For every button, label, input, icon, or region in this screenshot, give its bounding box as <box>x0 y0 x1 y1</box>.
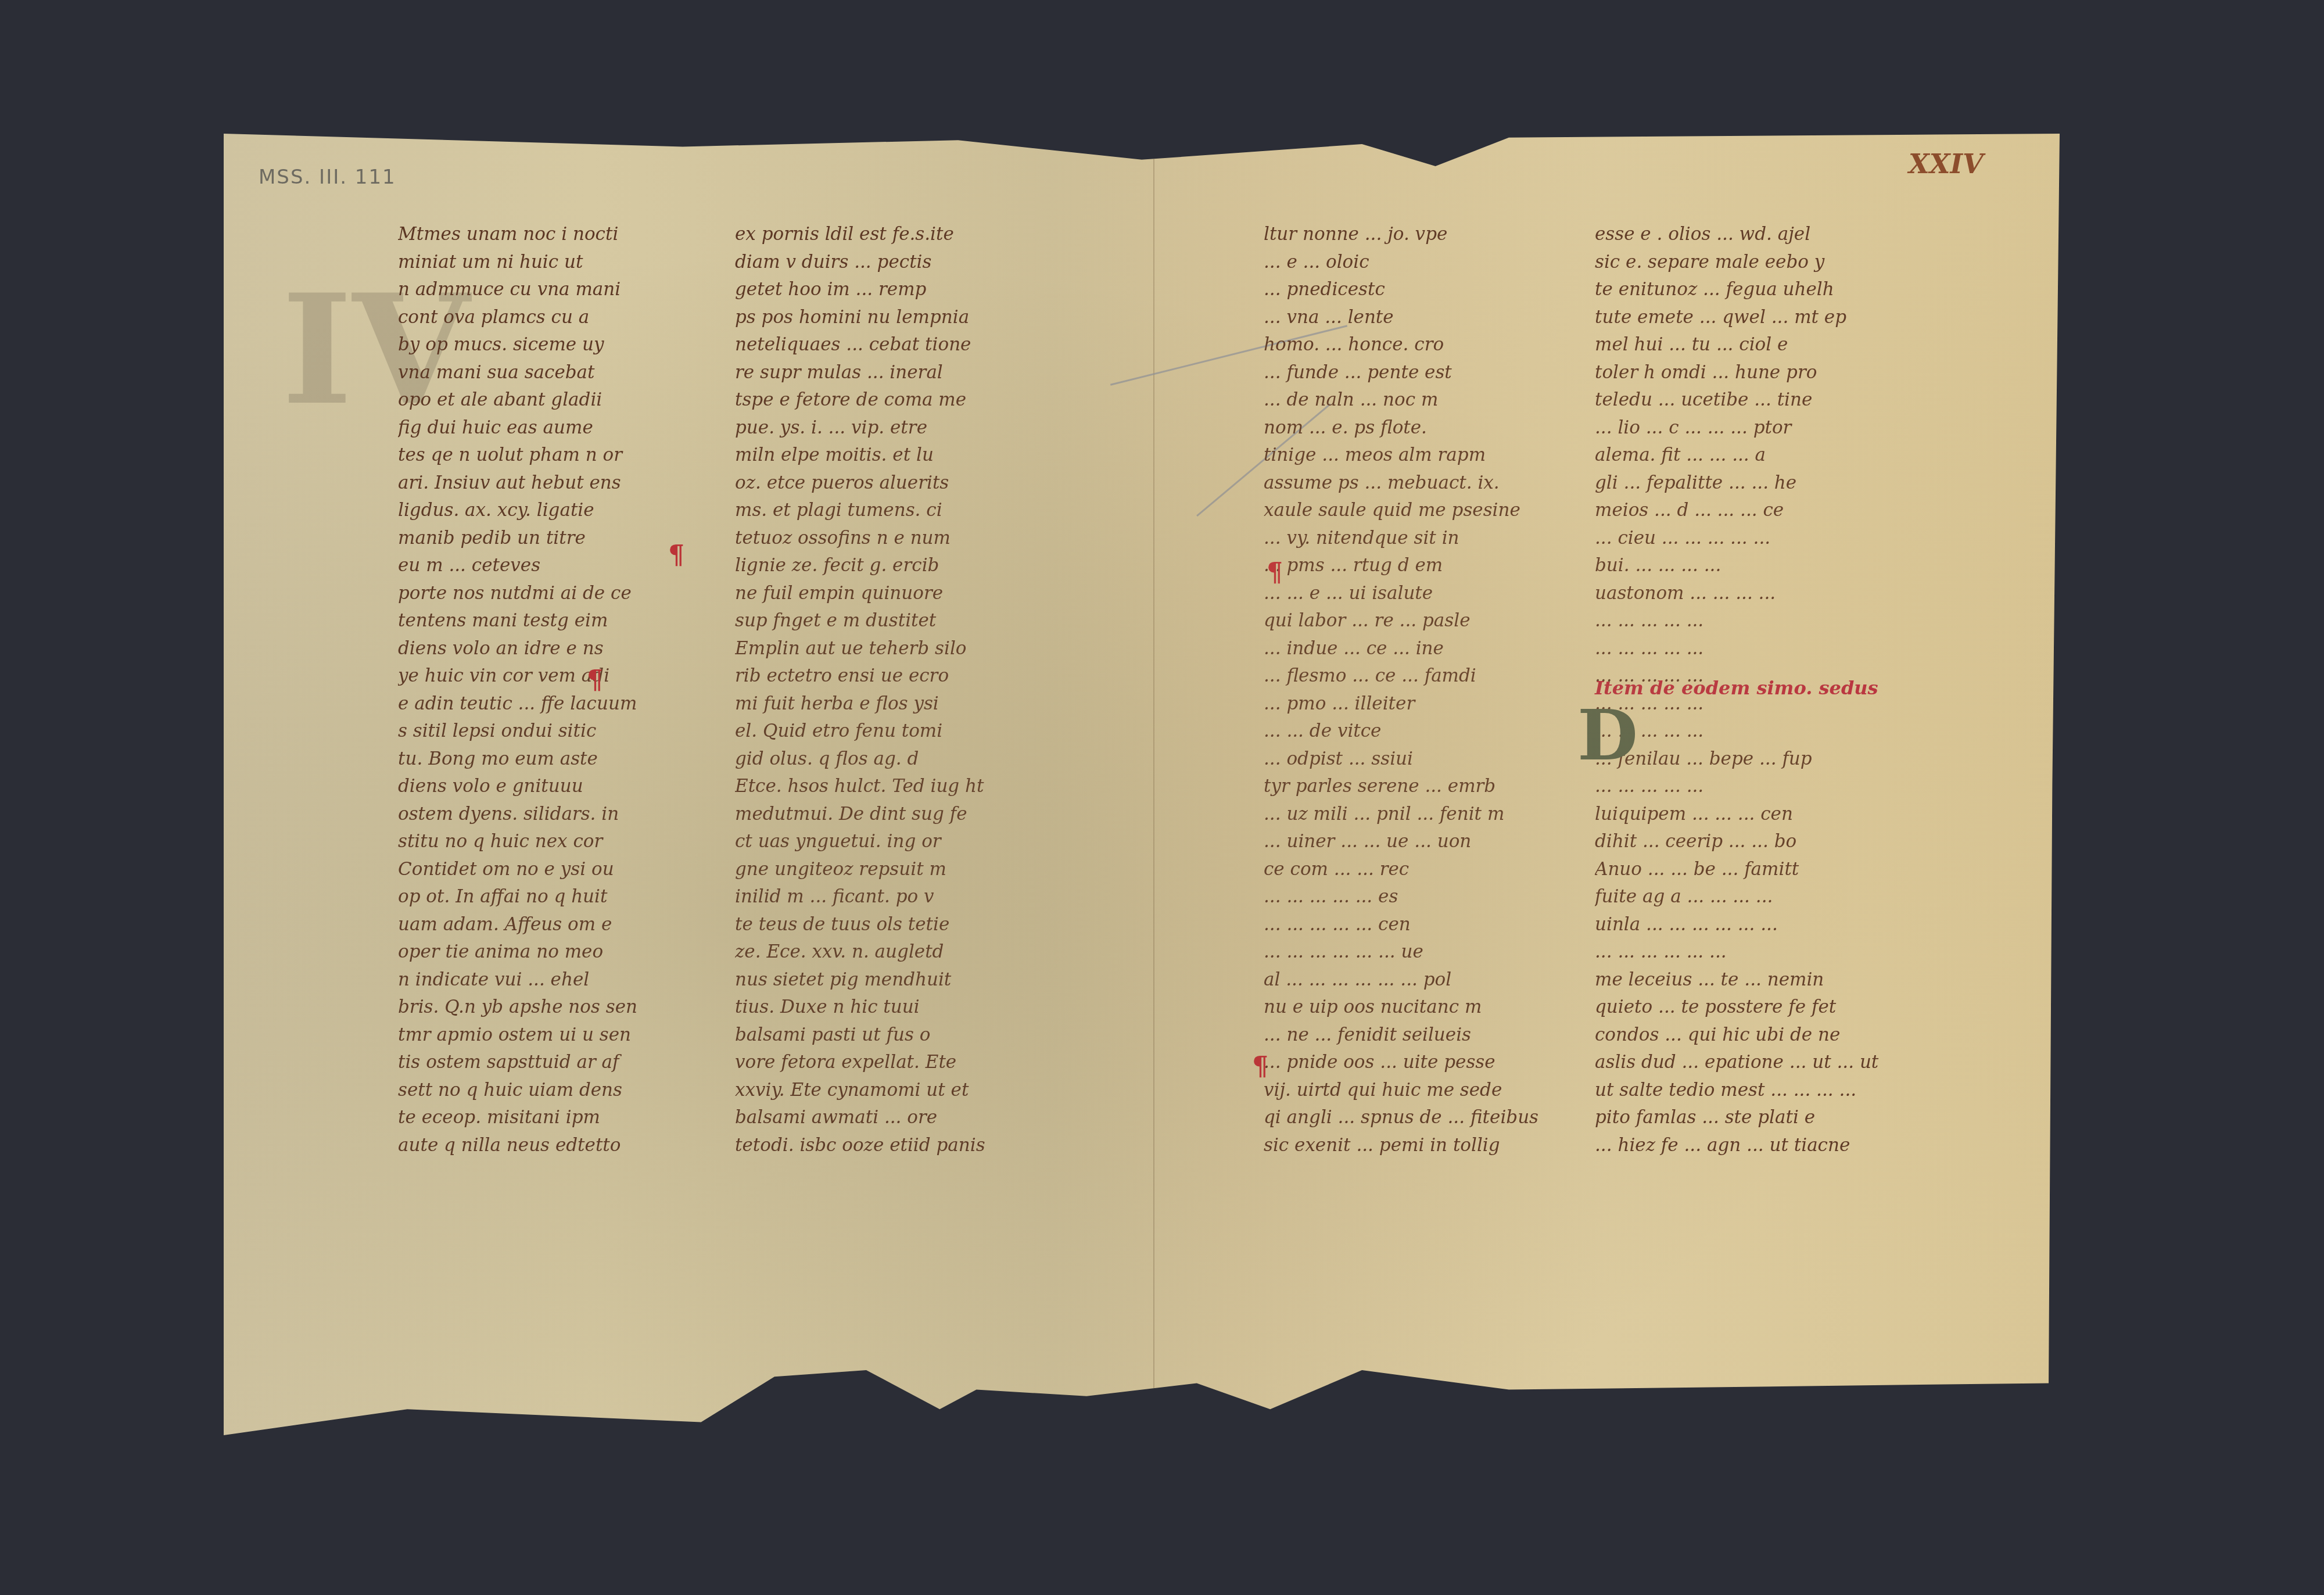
text-line: Contidet om no e ysi ou <box>398 856 723 884</box>
text-line: miln elpe moitis. et lu <box>735 442 1060 469</box>
text-line: aute q nilla neus edtetto <box>398 1132 723 1160</box>
text-line: xxviy. Ete cynamomi ut et <box>735 1077 1060 1105</box>
text-line: tetuoz ossofins n e num <box>735 525 1060 553</box>
text-line: uinla ... ... ... ... ... ... <box>1595 911 1920 939</box>
text-column-1: Mtmes unam noc i noctiminiat um ni huic … <box>398 221 723 1159</box>
text-line: tentens mani testg eim <box>398 607 723 635</box>
text-line: nus sietet pig mendhuit <box>735 966 1060 994</box>
text-line: ... ... ... ... ... <box>1595 635 1920 663</box>
text-line: ... hiez fe ... agn ... ut tiacne <box>1595 1132 1920 1160</box>
text-line: stitu no q huic nex cor <box>398 828 723 856</box>
text-line: ... fenilau ... bepe ... fup <box>1595 745 1920 773</box>
text-line: lignie ze. fecit g. ercib <box>735 552 1060 580</box>
text-line: ligdus. ax. xcy. ligatie <box>398 497 723 525</box>
text-line: uastonom ... ... ... ... <box>1595 580 1920 608</box>
text-line: manib pedib un titre <box>398 525 723 553</box>
text-line: ... vna ... lente <box>1264 304 1589 332</box>
text-line: teledu ... ucetibe ... tine <box>1595 386 1920 414</box>
text-line: ... cieu ... ... ... ... ... <box>1595 525 1920 553</box>
text-line: medutmui. De dint sug fe <box>735 801 1060 829</box>
text-line: balsami awmati ... ore <box>735 1104 1060 1132</box>
text-line: tute emete ... qwel ... mt ep <box>1595 304 1920 332</box>
text-line: miniat um ni huic ut <box>398 249 723 277</box>
text-line: eu m ... ceteves <box>398 552 723 580</box>
paragraph-mark: ¶ <box>1252 1052 1268 1081</box>
text-line: ... ... ... ... ... ... <box>1595 938 1920 966</box>
text-line: ... ... ... ... ... <box>1595 607 1920 635</box>
text-line: ct uas ynguetui. ing or <box>735 828 1060 856</box>
text-line: by op mucs. siceme uy <box>398 331 723 359</box>
text-line: diens volo an idre e ns <box>398 635 723 663</box>
text-line: nom ... e. ps flote. <box>1264 414 1589 442</box>
text-line: ne fuil empin quinuore <box>735 580 1060 608</box>
text-line: ... uiner ... ... ue ... uon <box>1264 828 1589 856</box>
text-line: diens volo e gnituuu <box>398 773 723 801</box>
text-line: el. Quid etro fenu tomi <box>735 718 1060 745</box>
text-line: sett no q huic uiam dens <box>398 1077 723 1105</box>
text-line: esse e . olios ... wd. ajel <box>1595 221 1920 249</box>
text-line: diam v duirs ... pectis <box>735 249 1060 277</box>
text-line: ... ... ... ... ... <box>1595 662 1920 690</box>
text-line: pito famlas ... ste plati e <box>1595 1104 1920 1132</box>
text-line: ... indue ... ce ... ine <box>1264 635 1589 663</box>
text-line: pue. ys. i. ... vip. etre <box>735 414 1060 442</box>
text-line: tspe e fetore de coma me <box>735 386 1060 414</box>
text-line: oz. etce pueros aluerits <box>735 469 1060 497</box>
text-line: rib ectetro ensi ue ecro <box>735 662 1060 690</box>
text-line: porte nos nutdmi ai de ce <box>398 580 723 608</box>
text-line: opo et ale abant gladii <box>398 386 723 414</box>
text-line: sic e. separe male eebo y <box>1595 249 1920 277</box>
text-line: ... ... ... ... ... <box>1595 718 1920 745</box>
text-line: fuite ag a ... ... ... ... <box>1595 883 1920 911</box>
text-line: vij. uirtd qui huic me sede <box>1264 1077 1589 1105</box>
text-line: n indicate vui ... ehel <box>398 966 723 994</box>
rubric-heading: Item de eodem simo. sedus <box>1595 677 1878 699</box>
text-line: ... ... ... ... ... <box>1595 773 1920 801</box>
decorated-initial: D <box>1577 694 1638 776</box>
text-line: tyr parles serene ... emrb <box>1264 773 1589 801</box>
text-line: ari. Insiuv aut hebut ens <box>398 469 723 497</box>
text-line: inilid m ... ficant. po v <box>735 883 1060 911</box>
text-line: fig dui huic eas aume <box>398 414 723 442</box>
shelfmark: MSS. III. 111 <box>259 166 396 189</box>
text-line: alema. fit ... ... ... a <box>1595 442 1920 469</box>
text-line: Mtmes unam noc i nocti <box>398 221 723 249</box>
text-column-2: ex pornis ldil est fe.s.itediam v duirs … <box>735 221 1060 1159</box>
text-line: ... odpist ... ssiui <box>1264 745 1589 773</box>
text-line: mi fuit herba e flos ysi <box>735 690 1060 718</box>
text-line: ... ... ... ... ... cen <box>1264 911 1589 939</box>
text-line: Emplin aut ue teherb silo <box>735 635 1060 663</box>
text-line: ... ... de vitce <box>1264 718 1589 745</box>
text-line: bris. Q.n yb apshe nos sen <box>398 994 723 1021</box>
text-line: ps pos homini nu lempnia <box>735 304 1060 332</box>
text-line: getet hoo im ... remp <box>735 276 1060 304</box>
text-line: uam adam. Affeus om e <box>398 911 723 939</box>
text-line: Anuo ... ... be ... famitt <box>1595 856 1920 884</box>
text-line: ce com ... ... rec <box>1264 856 1589 884</box>
text-line: ... lio ... c ... ... ... ptor <box>1595 414 1920 442</box>
text-line: tes qe n uolut pham n or <box>398 442 723 469</box>
paragraph-mark: ¶ <box>668 540 684 570</box>
text-line: ... ne ... fenidit seilueis <box>1264 1021 1589 1049</box>
text-line: ye huic vin cor vem adi <box>398 662 723 690</box>
text-line: vore fetora expellat. Ete <box>735 1049 1060 1077</box>
text-line: n admmuce cu vna mani <box>398 276 723 304</box>
text-line: ze. Ece. xxv. n. augletd <box>735 938 1060 966</box>
text-line: ... ... ... ... ... es <box>1264 883 1589 911</box>
text-line: ostem dyens. silidars. in <box>398 801 723 829</box>
offset-letters: IV <box>282 261 469 439</box>
text-line: assume ps ... mebuact. ix. <box>1264 469 1589 497</box>
text-line: tmr apmio ostem ui u sen <box>398 1021 723 1049</box>
tear-mark <box>1110 325 1347 386</box>
text-line: mel hui ... tu ... ciol e <box>1595 331 1920 359</box>
text-line: te enitunoz ... fegua uhelh <box>1595 276 1920 304</box>
text-line: ... ... e ... ui isalute <box>1264 580 1589 608</box>
text-line: gli ... fepalitte ... ... he <box>1595 469 1920 497</box>
text-line: ... ... ... ... ... <box>1595 690 1920 718</box>
text-line: cont ova plamcs cu a <box>398 304 723 332</box>
folio-number: XXIV <box>1909 148 1984 180</box>
text-line: qi angli ... spnus de ... fiteibus <box>1264 1104 1589 1132</box>
text-line: gid olus. q flos ag. d <box>735 745 1060 773</box>
center-fold <box>1153 134 1154 1435</box>
text-line: op ot. In affai no q huit <box>398 883 723 911</box>
text-line: me leceius ... te ... nemin <box>1595 966 1920 994</box>
text-line: ... pms ... rtug d em <box>1264 552 1589 580</box>
text-line: ... flesmo ... ce ... famdi <box>1264 662 1589 690</box>
text-line: vna mani sua sacebat <box>398 359 723 387</box>
text-line: dihit ... ceerip ... ... bo <box>1595 828 1920 856</box>
text-line: re supr mulas ... ineral <box>735 359 1060 387</box>
text-line: ex pornis ldil est fe.s.ite <box>735 221 1060 249</box>
text-line: xaule saule quid me psesine <box>1264 497 1589 525</box>
text-line: ltur nonne ... jo. vpe <box>1264 221 1589 249</box>
text-line: qui labor ... re ... pasle <box>1264 607 1589 635</box>
text-line: aslis dud ... epatione ... ut ... ut <box>1595 1049 1920 1077</box>
text-line: sic exenit ... pemi in tollig <box>1264 1132 1589 1160</box>
text-line: ... de naln ... noc m <box>1264 386 1589 414</box>
text-line: ... funde ... pente est <box>1264 359 1589 387</box>
text-line: tis ostem sapsttuid ar af <box>398 1049 723 1077</box>
text-line: condos ... qui hic ubi de ne <box>1595 1021 1920 1049</box>
text-line: sup fnget e m dustitet <box>735 607 1060 635</box>
text-line: al ... ... ... ... ... ... pol <box>1264 966 1589 994</box>
text-line: s sitil lepsi ondui sitic <box>398 718 723 745</box>
text-line: Etce. hsos hulct. Ted iug ht <box>735 773 1060 801</box>
text-line: ms. et plagi tumens. ci <box>735 497 1060 525</box>
text-line: ... pmo ... illeiter <box>1264 690 1589 718</box>
text-line: ... uz mili ... pnil ... fenit m <box>1264 801 1589 829</box>
parchment-leaf: MSS. III. 111 XXIV IV Mtmes unam noc i n… <box>224 134 2060 1435</box>
text-line: tu. Bong mo eum aste <box>398 745 723 773</box>
text-line: quieto ... te posstere fe fet <box>1595 994 1920 1021</box>
text-line: tetodi. isbc ooze etiid panis <box>735 1132 1060 1160</box>
text-line: ... pnedicestc <box>1264 276 1589 304</box>
text-line: bui. ... ... ... ... <box>1595 552 1920 580</box>
text-line: gne ungiteoz repsuit m <box>735 856 1060 884</box>
text-line: ... vy. nitendque sit in <box>1264 525 1589 553</box>
text-line: homo. ... honce. cro <box>1264 331 1589 359</box>
text-line: toler h omdi ... hune pro <box>1595 359 1920 387</box>
text-line: e adin teutic ... ffe lacuum <box>398 690 723 718</box>
tear-mark <box>1196 403 1331 517</box>
text-line: balsami pasti ut fus o <box>735 1021 1060 1049</box>
text-line: nu e uip oos nucitanc m <box>1264 994 1589 1021</box>
paragraph-mark: ¶ <box>1267 558 1283 587</box>
text-line: neteliquaes ... cebat tione <box>735 331 1060 359</box>
text-line: oper tie anima no meo <box>398 938 723 966</box>
text-line: ut salte tedio mest ... ... ... ... <box>1595 1077 1920 1105</box>
text-line: ... ... ... ... ... ... ue <box>1264 938 1589 966</box>
text-line: luiquipem ... ... ... cen <box>1595 801 1920 829</box>
text-line: te eceop. misitani ipm <box>398 1104 723 1132</box>
text-column-3: ltur nonne ... jo. vpe... e ... oloic...… <box>1264 221 1589 1159</box>
text-line: ... e ... oloic <box>1264 249 1589 277</box>
text-line: te teus de tuus ols tetie <box>735 911 1060 939</box>
text-line: ... pnide oos ... uite pesse <box>1264 1049 1589 1077</box>
text-line: meios ... d ... ... ... ce <box>1595 497 1920 525</box>
paragraph-mark: ¶ <box>587 665 603 695</box>
text-line: tius. Duxe n hic tuui <box>735 994 1060 1021</box>
text-column-4: esse e . olios ... wd. ajelsic e. separe… <box>1595 221 1920 1159</box>
text-line: tinige ... meos alm rapm <box>1264 442 1589 469</box>
